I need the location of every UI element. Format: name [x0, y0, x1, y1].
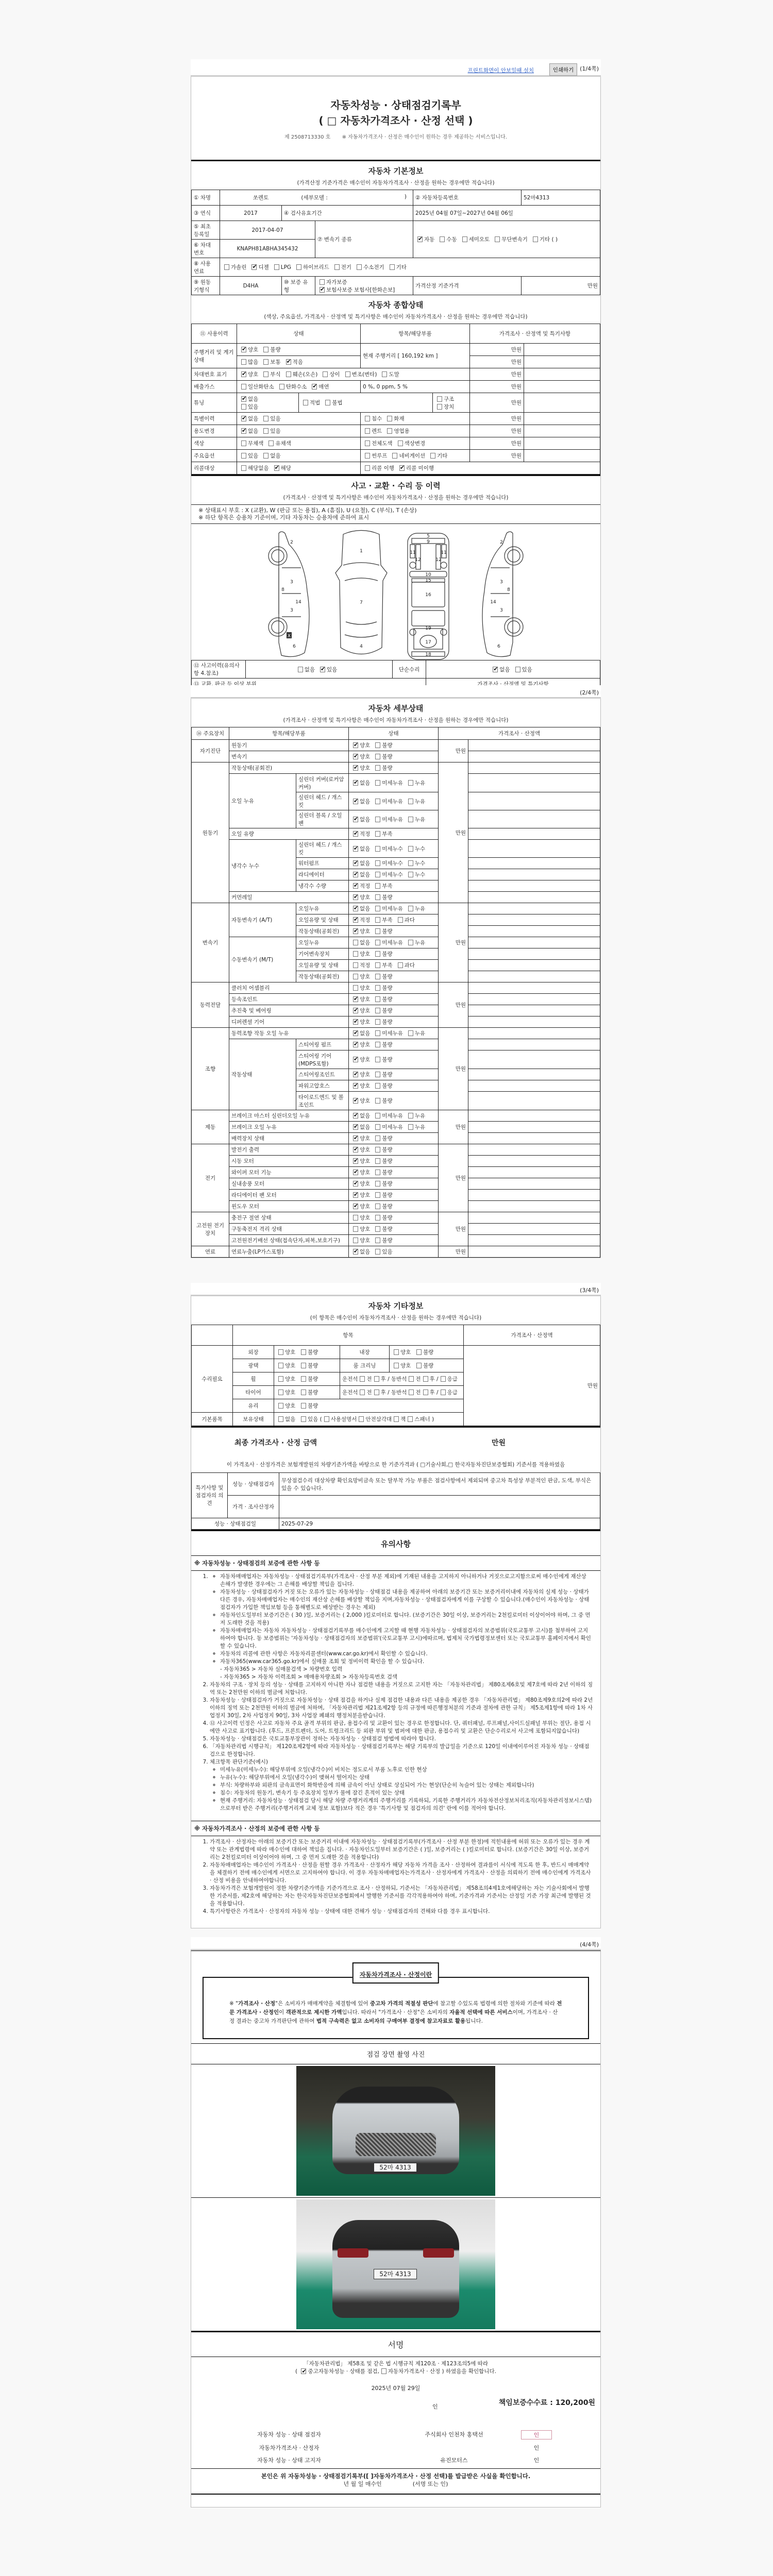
checkbox[interactable]	[353, 1072, 358, 1077]
checkbox[interactable]	[278, 1349, 283, 1355]
checkbox[interactable]	[408, 1113, 413, 1118]
checkbox[interactable]	[301, 1389, 306, 1395]
checkbox[interactable]	[409, 1376, 414, 1382]
checkbox[interactable]	[375, 1226, 380, 1232]
checkbox[interactable]	[408, 1030, 413, 1036]
sub-item-label: 파워고압호스	[296, 1080, 349, 1092]
checkbox[interactable]	[353, 754, 358, 759]
checkbox[interactable]	[298, 667, 303, 672]
svg-text:3: 3	[500, 608, 503, 613]
option: 보험사보증 보험사[한화손보]	[317, 287, 395, 293]
checkbox[interactable]	[241, 396, 246, 402]
sub-item-label: 기어변속장치	[296, 948, 349, 960]
checkbox[interactable]	[353, 1057, 358, 1062]
checkbox[interactable]	[441, 1376, 446, 1382]
sub-item-label: 오일유량 및 상태	[296, 960, 349, 971]
checkbox[interactable]	[353, 742, 358, 748]
checkbox[interactable]	[375, 985, 380, 991]
checkbox[interactable]	[278, 1363, 283, 1368]
price-note	[468, 858, 600, 869]
sub-item-label: 실린더 헤드 / 개스킷	[296, 840, 349, 858]
checkbox[interactable]	[286, 359, 291, 365]
checkbox[interactable]	[353, 1008, 358, 1013]
checkbox[interactable]	[353, 985, 358, 991]
car-name-cell: 쏘렌토 (세부모델 : )	[220, 190, 413, 206]
final-price: 최종 가격조사 · 산정 금액 만원	[191, 1426, 600, 1457]
checkbox[interactable]	[301, 1376, 306, 1382]
checkbox[interactable]	[408, 906, 413, 911]
option: 미세누수	[373, 846, 403, 852]
svg-text:4: 4	[360, 644, 363, 649]
checkbox[interactable]	[301, 1363, 306, 1368]
checkbox[interactable]	[375, 1057, 380, 1062]
checkbox[interactable]	[268, 440, 274, 446]
detail-table: ⑭ 주요장치 항목/해당부품 상태 가격조사 · 산정액 자기진단원동기양호불량…	[191, 727, 600, 1258]
ext-label: 외장	[233, 1346, 274, 1359]
checkbox[interactable]	[375, 1042, 380, 1047]
checkbox[interactable]	[375, 917, 380, 923]
svg-text:2: 2	[500, 540, 503, 545]
checkbox[interactable]	[353, 883, 358, 889]
checkbox[interactable]	[394, 1363, 399, 1368]
checkbox[interactable]	[375, 1098, 380, 1104]
checkbox[interactable]	[375, 962, 380, 968]
option: 일산화탄소	[239, 384, 274, 390]
checkbox[interactable]	[375, 1147, 380, 1153]
option: 보통	[261, 359, 280, 365]
checkbox[interactable]	[365, 440, 370, 446]
checkbox[interactable]	[462, 236, 467, 242]
checkbox[interactable]	[241, 416, 246, 421]
checkbox[interactable]	[353, 860, 358, 866]
warranty-label: ⑩ 보증 유형	[282, 277, 315, 295]
checkbox[interactable]	[353, 1113, 358, 1118]
col-status: 상태	[349, 727, 439, 740]
checkbox[interactable]	[224, 264, 229, 270]
confirm-check-a[interactable]	[301, 2368, 306, 2374]
checkbox[interactable]	[375, 872, 380, 877]
checkbox[interactable]	[437, 404, 442, 410]
checkbox[interactable]	[301, 1416, 306, 1422]
svg-text:8: 8	[507, 587, 510, 592]
checkbox[interactable]	[241, 359, 246, 365]
checkbox[interactable]	[353, 1030, 358, 1036]
checkbox[interactable]	[365, 465, 370, 471]
price-unit: 만원	[470, 413, 524, 425]
checkbox[interactable]	[394, 1416, 399, 1422]
price-note	[468, 762, 600, 774]
svg-text:3: 3	[290, 608, 293, 613]
checkbox[interactable]	[375, 928, 380, 934]
item-label: 윈도우 모터	[229, 1201, 349, 1212]
checkbox[interactable]	[274, 465, 279, 471]
checkbox[interactable]	[375, 860, 380, 866]
checkbox[interactable]	[353, 974, 358, 979]
price-note	[468, 1246, 600, 1258]
checkbox[interactable]	[375, 996, 380, 1002]
checkbox[interactable]	[312, 384, 317, 389]
option: 과다	[396, 962, 415, 969]
checkbox[interactable]	[353, 962, 358, 968]
checkbox[interactable]	[353, 1226, 358, 1232]
checkbox[interactable]	[533, 236, 538, 242]
section-title: 자동차 기타정보	[191, 1296, 600, 1313]
checkbox[interactable]	[278, 1389, 283, 1395]
checkbox[interactable]	[353, 1098, 358, 1104]
checkbox[interactable]	[263, 359, 268, 365]
checkbox[interactable]	[375, 1008, 380, 1013]
checkbox[interactable]	[241, 465, 246, 471]
checkbox[interactable]	[408, 817, 413, 822]
checkbox[interactable]	[325, 400, 330, 405]
checkbox[interactable]	[440, 236, 445, 242]
box-text: ※ "가격조사 · 산정"은 소비자가 매매계약을 체결함에 있어 중고차 가격…	[229, 1990, 562, 2026]
checkbox[interactable]	[353, 1019, 358, 1025]
checkbox[interactable]	[495, 236, 500, 242]
option: 양호	[351, 1019, 370, 1025]
status-options: 양호불량	[349, 1235, 439, 1246]
checkbox[interactable]	[353, 765, 358, 771]
checkbox[interactable]	[375, 742, 380, 748]
checkbox[interactable]	[263, 416, 268, 421]
note-bullet: 미세누유(미세누수): 해당부위에 오일(냉각수)이 비치는 정도로서 부품 노…	[220, 1766, 593, 1774]
checkbox[interactable]	[365, 453, 370, 459]
checkbox[interactable]	[353, 906, 358, 911]
checkbox[interactable]	[334, 264, 340, 270]
confirm-check-b[interactable]	[381, 2368, 386, 2374]
checkbox[interactable]	[353, 928, 358, 934]
note-item: 자동차의 구조 · 장치 등의 성능 · 상태를 고지하지 아니한 자나 점검한…	[210, 1681, 593, 1697]
basic-label: 기본품목	[192, 1413, 233, 1426]
checkbox[interactable]	[279, 384, 284, 389]
checkbox[interactable]	[353, 1249, 358, 1255]
option: 불량	[373, 1215, 392, 1221]
checkbox[interactable]	[353, 1136, 358, 1141]
checkbox[interactable]	[241, 404, 246, 410]
checkbox[interactable]	[493, 667, 498, 672]
option: 부식	[261, 371, 280, 378]
option: 해당	[272, 465, 291, 471]
option: 누유	[406, 817, 425, 823]
option: 양호	[351, 1170, 370, 1176]
checkbox[interactable]	[375, 1030, 380, 1036]
checkbox[interactable]	[353, 831, 358, 837]
checkbox[interactable]	[515, 667, 520, 672]
checkbox[interactable]	[408, 799, 413, 804]
checkbox[interactable]	[301, 1349, 306, 1355]
checkbox[interactable]	[416, 1363, 422, 1368]
checkbox[interactable]	[394, 1349, 399, 1355]
sheet-2: 자동차 세부상태 (가격조사 · 산정액 및 특기사항은 매수인이 자동차가격조…	[191, 699, 601, 1258]
checkbox[interactable]	[320, 279, 325, 285]
basic-info-section: 자동차 기본정보 (가격산정 기준가격은 매수인이 자동차가격조사 · 산정을 …	[191, 160, 600, 295]
note-bullet: 부식: 차량하부와 외판의 금속표면이 화학반응에 의해 금속이 아닌 상태로 …	[220, 1782, 593, 1789]
option: 없음	[351, 846, 370, 852]
photo-rear: 52마 4313	[296, 2199, 495, 2329]
item-label: 자동변속기 (A/T)	[229, 903, 296, 937]
option: 자동	[415, 236, 434, 243]
checkbox[interactable]	[353, 917, 358, 923]
price-note	[468, 1069, 600, 1080]
checkbox[interactable]	[375, 1181, 380, 1187]
checkbox[interactable]	[408, 940, 413, 945]
checkbox[interactable]	[353, 996, 358, 1002]
checkbox[interactable]	[375, 1215, 380, 1221]
checkbox[interactable]	[375, 799, 380, 804]
checkbox[interactable]	[357, 264, 362, 270]
checkbox[interactable]	[365, 428, 370, 434]
option: 리콜 미이행	[397, 465, 434, 471]
checkbox[interactable]	[353, 1181, 358, 1187]
price-note	[468, 774, 600, 792]
other-price-unit: 만원	[464, 1346, 600, 1426]
checkbox[interactable]	[360, 1376, 365, 1382]
option: 화재	[385, 416, 404, 422]
item-label: 발전기 출력	[229, 1144, 349, 1156]
checkbox[interactable]	[408, 872, 413, 877]
own-label: 보유상태	[233, 1413, 274, 1426]
checkbox[interactable]	[353, 940, 358, 945]
print-help-link[interactable]: 프린트화면이 안보일때 설치	[468, 66, 534, 74]
checkbox[interactable]	[423, 1389, 428, 1395]
checkbox[interactable]	[408, 1416, 413, 1422]
checkbox[interactable]	[375, 1204, 380, 1209]
checkbox[interactable]	[353, 1238, 358, 1243]
checkbox[interactable]	[353, 1215, 358, 1221]
item-label: 라디에이터 팬 모터	[229, 1190, 349, 1201]
checkbox[interactable]	[409, 1389, 414, 1395]
checkbox[interactable]	[375, 780, 380, 786]
checkbox[interactable]	[320, 667, 325, 672]
option: 없음	[351, 780, 370, 786]
checkbox[interactable]	[353, 1204, 358, 1209]
item-label: 등속조인트	[229, 994, 349, 1005]
receipt: 본인은 위 자동차성능 · 상태점검기록부([ ]자동차가격조사 · 산정 선택…	[191, 2468, 600, 2495]
option: 미세누유	[373, 940, 403, 946]
checkbox[interactable]	[274, 264, 279, 270]
option: 있음	[513, 667, 532, 673]
col-price: 가격조사 · 산정액 및 특기사항	[470, 324, 600, 344]
checkbox[interactable]	[360, 1389, 365, 1395]
price-unit: 만원	[439, 1144, 468, 1212]
car-name-label: ① 차명	[192, 190, 220, 206]
svg-text:2: 2	[290, 540, 293, 545]
price-unit: 만원	[470, 437, 524, 450]
option: 양호	[351, 928, 370, 935]
sign-law: 「자동차관리법」 제58조 및 같은 법 시행규칙 제120조 · 제123조의…	[191, 2357, 600, 2376]
checkbox[interactable]	[353, 780, 358, 786]
checkbox[interactable]	[286, 371, 291, 377]
checkbox[interactable]	[375, 1249, 380, 1255]
checkbox[interactable]	[353, 1147, 358, 1153]
checkbox[interactable]	[353, 1124, 358, 1130]
checkbox[interactable]	[353, 894, 358, 900]
checkbox[interactable]	[375, 1072, 380, 1077]
checkbox[interactable]	[241, 428, 246, 434]
checkbox[interactable]	[353, 1192, 358, 1198]
checkbox[interactable]	[387, 416, 392, 421]
checkbox[interactable]	[353, 951, 358, 957]
legend: ※ 상태표시 부호 : X (교환), W (판금 또는 용접), A (흠집)…	[191, 504, 600, 523]
svg-text:11: 11	[410, 550, 415, 555]
checkbox[interactable]	[399, 465, 405, 471]
checkbox[interactable]	[408, 780, 413, 786]
checkbox[interactable]	[278, 1376, 283, 1382]
price-note	[468, 880, 600, 892]
checkbox[interactable]	[251, 264, 257, 270]
option: 불량	[373, 1019, 392, 1025]
appraiser-opinion	[279, 1496, 600, 1518]
price-note	[468, 740, 600, 751]
checkbox[interactable]	[353, 799, 358, 804]
checkbox[interactable]	[375, 906, 380, 911]
checkbox[interactable]	[375, 846, 380, 852]
checkbox[interactable]	[263, 428, 268, 434]
checkbox[interactable]	[375, 1170, 380, 1175]
checkbox[interactable]	[345, 371, 350, 377]
checkbox[interactable]	[375, 1083, 380, 1089]
checkbox[interactable]	[423, 1376, 428, 1382]
checkbox[interactable]	[408, 1124, 413, 1130]
checkbox[interactable]	[375, 1124, 380, 1130]
price-note	[468, 1201, 600, 1212]
checkbox[interactable]	[353, 1158, 358, 1164]
checkbox[interactable]	[263, 371, 268, 377]
engine: D4HA	[243, 283, 259, 289]
price-note	[468, 937, 600, 948]
print-button[interactable]: 인쇄하기	[549, 63, 577, 76]
checkbox[interactable]	[375, 1238, 380, 1243]
checkbox[interactable]	[241, 371, 246, 377]
checkbox[interactable]	[387, 428, 392, 434]
checkbox[interactable]	[375, 1136, 380, 1141]
checkbox[interactable]	[375, 1158, 380, 1164]
checkbox[interactable]	[390, 264, 395, 270]
checkbox[interactable]	[374, 1389, 379, 1395]
checkbox[interactable]	[278, 1416, 283, 1422]
option: 불량	[373, 1136, 392, 1142]
checkbox[interactable]	[353, 846, 358, 852]
option: 양호	[351, 754, 370, 760]
checkbox[interactable]	[374, 1376, 379, 1382]
doc-no: 제 2508713330 호	[284, 134, 330, 140]
checkbox[interactable]	[365, 416, 370, 421]
wheel-label: 휠	[233, 1372, 274, 1386]
price-note	[524, 368, 600, 381]
reg-no-label: ② 자동차등록번호	[413, 190, 522, 206]
option: 양호	[351, 985, 370, 991]
checkbox[interactable]	[301, 1403, 306, 1409]
page-header: (4/4쪽)	[191, 1937, 601, 1951]
checkbox[interactable]	[408, 860, 413, 866]
option: 양호	[351, 1181, 370, 1187]
checkbox[interactable]	[392, 453, 397, 459]
checkbox[interactable]	[375, 1192, 380, 1198]
option: 양호	[351, 974, 370, 980]
item-label: 추진축 및 베어링	[229, 1005, 349, 1016]
checkbox[interactable]	[353, 1083, 358, 1089]
checkbox[interactable]	[263, 347, 268, 352]
checkbox[interactable]	[353, 872, 358, 877]
checkbox[interactable]	[382, 371, 387, 377]
item-label: 시동 모터	[229, 1156, 349, 1167]
checkbox[interactable]	[437, 396, 442, 402]
notes-sec1-title: ※ 자동차성능 · 상태점검의 보증에 관한 사항 등	[191, 1555, 600, 1571]
checkbox[interactable]	[375, 974, 380, 979]
checkbox[interactable]	[375, 754, 380, 759]
checkbox[interactable]	[323, 371, 328, 377]
option: 없음	[351, 1249, 370, 1255]
option: 기타	[428, 453, 447, 459]
checkbox[interactable]	[375, 940, 380, 945]
option: 미세누유	[373, 1113, 403, 1119]
checkbox[interactable]	[441, 1389, 446, 1395]
checkbox[interactable]	[375, 883, 380, 889]
checkbox[interactable]	[324, 1416, 329, 1422]
law-text: 「자동차관리법」 제58조 및 같은 법 시행규칙 제120조 · 제123조의…	[191, 2360, 600, 2368]
section-subtitle: (가격산정 기준가격은 매수인이 자동차가격조사 · 산정을 원하는 경우에만 …	[191, 178, 600, 190]
price-note	[468, 810, 600, 828]
checkbox[interactable]	[430, 453, 435, 459]
status-options: 없음미세누유누유	[349, 903, 439, 914]
section-title: 자동차 기본정보	[191, 161, 600, 178]
checkbox[interactable]	[241, 453, 246, 459]
checkbox[interactable]	[398, 962, 403, 968]
item-label: 작동상태	[229, 1039, 296, 1110]
fuel-options: 가솔린디젤LPG하이브리드전기수소전기기타	[220, 258, 600, 277]
sub-item-label: 실린더 블록 / 오일팬	[296, 810, 349, 828]
checkbox[interactable]	[296, 264, 301, 270]
checkbox[interactable]	[375, 1019, 380, 1025]
price-note	[524, 356, 600, 368]
option: 불량	[373, 894, 392, 901]
checkbox[interactable]	[320, 287, 325, 293]
checkbox[interactable]	[353, 1170, 358, 1175]
checkbox[interactable]	[375, 831, 380, 837]
checkbox[interactable]	[398, 917, 403, 923]
checkbox[interactable]	[375, 765, 380, 771]
option: 구조	[435, 396, 454, 402]
checkbox[interactable]	[408, 846, 413, 852]
checkbox[interactable]	[398, 440, 403, 446]
checkbox[interactable]	[241, 384, 246, 389]
checkbox[interactable]	[353, 817, 358, 822]
checkbox[interactable]	[359, 1416, 364, 1422]
inspection-date: 2025-07-29	[279, 1518, 600, 1530]
page-4: (4/4쪽) 자동차가격조사 · 산정이란 ※ "가격조사 · 산정"은 소비자…	[191, 1937, 601, 2507]
gloss-label: 광택	[233, 1359, 274, 1372]
svg-text:3: 3	[290, 580, 293, 585]
checkbox[interactable]	[417, 236, 423, 242]
checkbox[interactable]	[375, 817, 380, 822]
option: 불량	[373, 1008, 392, 1014]
checkbox[interactable]	[303, 400, 308, 405]
checkbox[interactable]	[416, 1349, 422, 1355]
checkbox[interactable]	[375, 1113, 380, 1118]
checkbox[interactable]	[241, 440, 246, 446]
status-options: 없음미세누유누유	[349, 1122, 439, 1133]
checkbox[interactable]	[375, 894, 380, 900]
checkbox[interactable]	[241, 347, 246, 352]
checkbox[interactable]	[375, 951, 380, 957]
option: 무단변속기	[493, 236, 528, 243]
price-note	[468, 1016, 600, 1028]
checkbox[interactable]	[353, 1042, 358, 1047]
checkbox[interactable]	[263, 453, 268, 459]
page-header: (3/4쪽)	[191, 1283, 601, 1296]
checkbox[interactable]	[278, 1403, 283, 1409]
option: 불량	[373, 1238, 392, 1244]
